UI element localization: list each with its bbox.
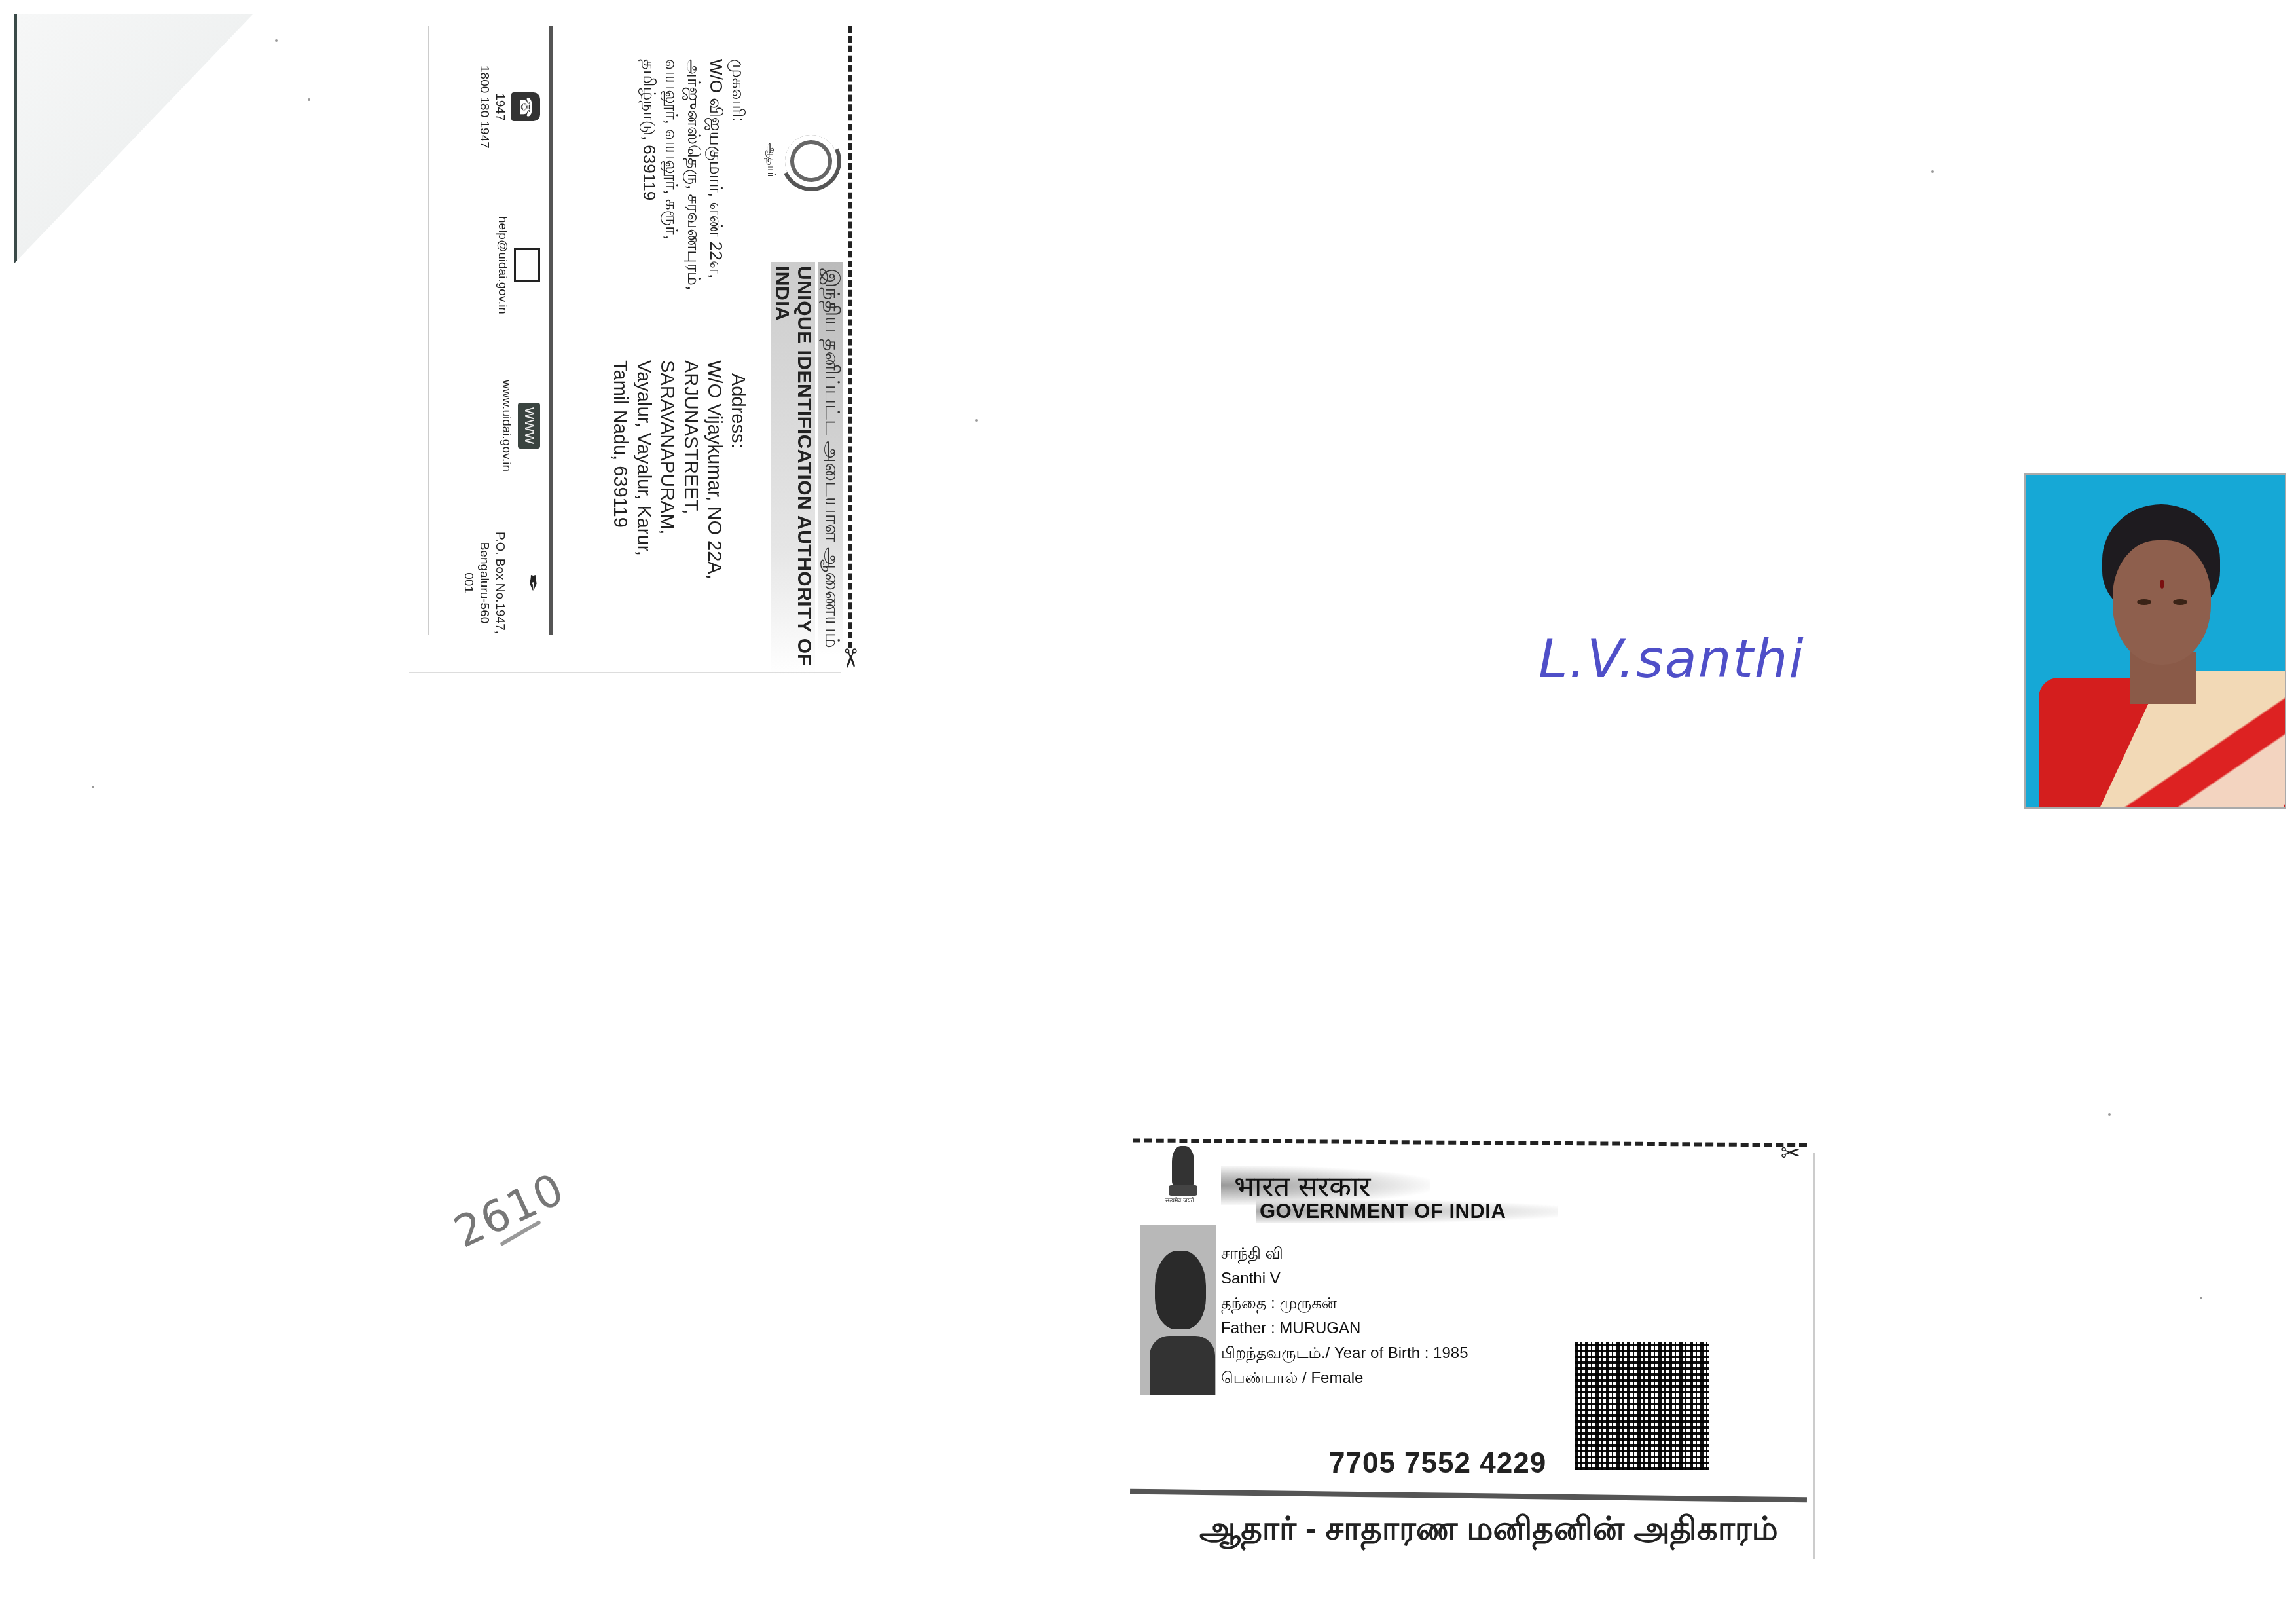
address-english-line: Tamil Nadu, 639119 bbox=[608, 360, 632, 609]
scissors-icon: ✂ bbox=[1781, 1139, 1800, 1167]
po-city: Bengaluru-560 001 bbox=[460, 530, 492, 635]
aadhaar-logo: ஆதார் bbox=[763, 131, 841, 190]
uidai-title-tamil: இந்திய தனிப்பட்ட அடையாள ஆணையம் bbox=[818, 262, 843, 655]
address-tamil-label: முகவரி: bbox=[727, 59, 750, 341]
aadhaar-tagline: ஆதார் - சாதாரண மனிதனின் அதிகாரம் bbox=[1199, 1509, 1778, 1552]
address-tamil: முகவரி: W/O விஜயகுமார், எண் 22எ, அர்ஜுனஸ… bbox=[638, 59, 750, 341]
card-bottom-edge bbox=[428, 26, 429, 635]
address-english-label: Address: bbox=[726, 360, 750, 609]
year-of-birth: பிறந்தவருடம்./ Year of Birth : 1985 bbox=[1221, 1341, 1468, 1366]
handwritten-signature: L.V.santhi bbox=[1539, 629, 1805, 690]
phone-icon: ☎ bbox=[511, 92, 540, 121]
emblem-motto: सत्यमेव जयते bbox=[1160, 1196, 1199, 1204]
address-english-line: Vayalur, Vayalur, Karur, bbox=[632, 360, 655, 609]
name-tamil: சாந்தி வி bbox=[1221, 1242, 1468, 1266]
scan-speck bbox=[308, 98, 310, 101]
pen-icon: ✒ bbox=[511, 530, 540, 635]
address-english-line: W/O Vijaykumar, NO 22A, bbox=[702, 360, 726, 609]
national-emblem: सत्यमेव जयते bbox=[1167, 1146, 1199, 1211]
scan-speck bbox=[275, 39, 278, 42]
passport-photo bbox=[2024, 473, 2286, 809]
lion-capital-icon bbox=[1172, 1146, 1194, 1185]
scan-speck bbox=[2108, 1113, 2111, 1116]
footer-divider bbox=[549, 26, 553, 635]
photo-body bbox=[1150, 1336, 1215, 1395]
helpline-short: 1947 bbox=[492, 65, 507, 149]
address-english-line: ARJUNASTREET, bbox=[679, 360, 702, 609]
address-english-line: SARAVANAPURAM, bbox=[655, 360, 679, 609]
scan-speck bbox=[975, 419, 978, 422]
aadhaar-front-card: ✂ सत्यमेव जयते भारत सरकार GOVERNMENT OF … bbox=[1113, 1126, 1833, 1611]
photo-bindi bbox=[2160, 580, 2164, 589]
envelope-icon bbox=[514, 248, 540, 282]
address-tamil-line: அர்ஜுனஸ்தெரு, சரவணபுரம், bbox=[683, 59, 705, 341]
scan-speck bbox=[92, 786, 94, 788]
tagline-divider bbox=[1130, 1489, 1807, 1503]
name-english: Santhi V bbox=[1221, 1266, 1468, 1291]
website-url: www.uidai.gov.in bbox=[498, 380, 514, 471]
back-card-footer: ☎ 1947 1800 180 1947 help@uidai.gov.in W… bbox=[435, 26, 540, 635]
father-tamil: தந்தை : முருகன் bbox=[1221, 1291, 1468, 1316]
photo-head bbox=[1155, 1251, 1206, 1329]
card-edge bbox=[1120, 1146, 1120, 1598]
card-holder-details: சாந்தி வி Santhi V தந்தை : முருகன் Fathe… bbox=[1221, 1242, 1468, 1391]
helpline: ☎ 1947 1800 180 1947 bbox=[476, 65, 540, 149]
cut-line bbox=[1133, 1138, 1807, 1147]
scan-speck bbox=[1931, 170, 1934, 173]
email-address: help@uidai.gov.in bbox=[494, 216, 510, 314]
photo-face bbox=[2113, 540, 2211, 665]
folded-paper-corner bbox=[14, 14, 253, 263]
address-tamil-line: தமிழ்நாடு, 639119 bbox=[638, 59, 661, 341]
helpline-tollfree: 1800 180 1947 bbox=[476, 65, 492, 149]
www-icon: WWW bbox=[518, 403, 540, 449]
address-tamil-line: வயலூர், வயலூர், கரூர், bbox=[661, 59, 683, 341]
email-contact: help@uidai.gov.in bbox=[494, 216, 540, 314]
aadhaar-logo-label: ஆதார் bbox=[763, 131, 778, 190]
father-english: Father : MURUGAN bbox=[1221, 1316, 1468, 1341]
fingerprint-logo-icon bbox=[773, 122, 850, 200]
address-english: Address: W/O Vijaykumar, NO 22A, ARJUNAS… bbox=[608, 360, 750, 609]
card-holder-photo bbox=[1140, 1225, 1216, 1395]
government-title-hindi: भारत सरकार bbox=[1221, 1166, 1430, 1205]
qr-code bbox=[1575, 1342, 1709, 1470]
aadhaar-back-card: ✂ ஆதார் இந்திய தனிப்பட்ட அடையாள ஆணையம் U… bbox=[403, 20, 861, 674]
aadhaar-number: 7705 7552 4229 bbox=[1329, 1447, 1546, 1480]
uidai-title-english: UNIQUE IDENTIFICATION AUTHORITY OF INDIA bbox=[771, 262, 815, 674]
cut-line bbox=[848, 26, 852, 648]
emblem-base bbox=[1169, 1185, 1197, 1196]
government-title-english: GOVERNMENT OF INDIA bbox=[1256, 1200, 1558, 1223]
photo-eye bbox=[2173, 599, 2187, 605]
photo-eye bbox=[2137, 599, 2151, 605]
website-contact: WWW www.uidai.gov.in bbox=[498, 380, 540, 471]
card-edge bbox=[1813, 1153, 1815, 1559]
handwritten-number: 2610 bbox=[446, 1163, 572, 1257]
scan-speck bbox=[2200, 1297, 2202, 1299]
po-box: P.O. Box No.1947, bbox=[492, 530, 507, 635]
postal-contact: ✒ P.O. Box No.1947, Bengaluru-560 001 bbox=[460, 530, 540, 635]
gender: பெண்பால் / Female bbox=[1221, 1366, 1468, 1391]
address-tamil-line: W/O விஜயகுமார், எண் 22எ, bbox=[705, 59, 727, 341]
